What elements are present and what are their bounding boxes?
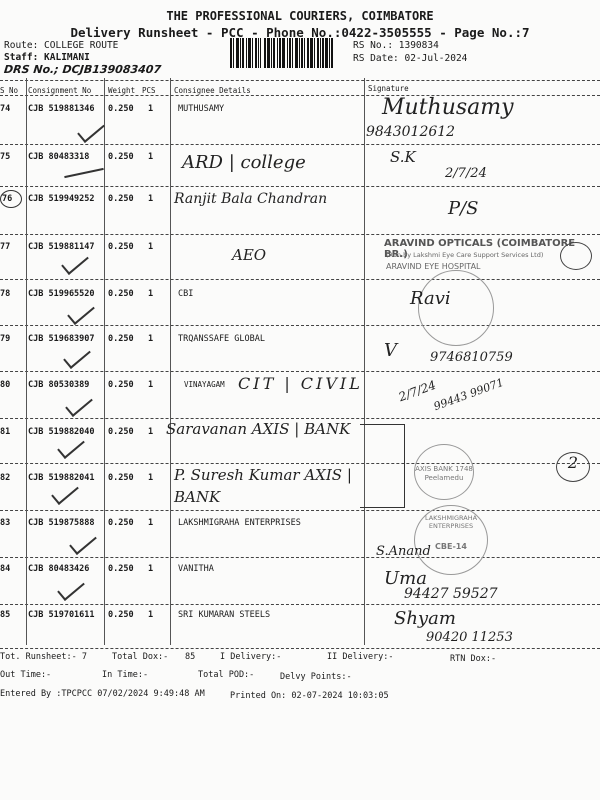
tot-runsheet: Tot. Runsheet:- 7 <box>0 652 87 662</box>
divider <box>0 234 600 235</box>
row-weight: 0.250 <box>108 473 134 483</box>
checkmark-icon <box>63 343 91 369</box>
column-header-sno: S No <box>0 86 18 95</box>
signature: V <box>384 340 397 361</box>
row-consignment: CJB 519882041 <box>28 473 95 483</box>
row-pcs: 1 <box>148 473 153 483</box>
row-sno: 81 <box>0 427 10 437</box>
ii-delivery: II Delivery:- <box>327 652 394 662</box>
staff-label: Staff: KALIMANI <box>4 52 90 63</box>
bracket-annotation <box>360 424 405 508</box>
row-consignee-handwritten: CIT | CIVIL <box>238 374 363 393</box>
column-header-pcs: PCS <box>142 86 156 95</box>
row-consignee-handwritten: Saravanan AXIS | BANK <box>166 418 366 440</box>
divider <box>0 557 600 558</box>
row-sno: 76 <box>2 194 12 204</box>
row-pcs: 1 <box>148 610 153 620</box>
row-weight: 0.250 <box>108 242 134 252</box>
checkmark-icon <box>65 391 93 417</box>
row-sno: 74 <box>0 104 10 114</box>
row-consignee: MUTHUSAMY <box>178 104 224 114</box>
column-header-consignee: Consignee Details <box>174 86 251 95</box>
row-consignment: CJB 519875888 <box>28 518 95 528</box>
row-sno: 84 <box>0 564 10 574</box>
column-divider <box>170 78 171 645</box>
company-title: THE PROFESSIONAL COURIERS, COIMBATORE <box>0 9 600 23</box>
row-consignee: TRQANSSAFE GLOBAL <box>178 334 265 344</box>
row-sno: 77 <box>0 242 10 252</box>
row-consignee: SRI KUMARAN STEELS <box>178 610 270 620</box>
row-weight: 0.250 <box>108 104 134 114</box>
checkmark-icon <box>57 575 85 601</box>
divider <box>0 80 600 81</box>
row-weight: 0.250 <box>108 334 134 344</box>
total-dox-label: Total Dox:- <box>112 652 168 662</box>
row-consignment: CJB 519683907 <box>28 334 95 344</box>
row-consignment: CJB 519882040 <box>28 427 95 437</box>
out-time: Out Time:- <box>0 670 51 680</box>
printed-on: Printed On: 02-07-2024 10:03:05 <box>230 691 389 701</box>
signature-date: 2/7/24 <box>445 166 487 181</box>
row-consignment: CJB 80530389 <box>28 380 89 390</box>
row-consignee: CBI <box>178 289 193 299</box>
row-pcs: 1 <box>148 380 153 390</box>
row-sno: 82 <box>0 473 10 483</box>
signature: S.Anand <box>376 544 431 559</box>
signature-phone: 99443 99071 <box>432 376 505 413</box>
row-pcs: 1 <box>148 289 153 299</box>
row-sno: 78 <box>0 289 10 299</box>
signature-phone: 94427 59527 <box>404 586 498 602</box>
row-pcs: 1 <box>148 518 153 528</box>
row-pcs: 1 <box>148 104 153 114</box>
row-weight: 0.250 <box>108 518 134 528</box>
in-time: In Time:- <box>102 670 148 680</box>
signature: Muthusamy <box>382 95 514 120</box>
row-sno: 79 <box>0 334 10 344</box>
total-dox-value: 85 <box>185 652 195 662</box>
row-consignment: CJB 519881147 <box>28 242 95 252</box>
rs-date: RS Date: 02-Jul-2024 <box>353 53 467 64</box>
divider <box>0 279 600 280</box>
divider <box>0 371 600 372</box>
column-divider <box>104 78 105 645</box>
row-consignment: CJB 80483426 <box>28 564 89 574</box>
row-consignment: CJB 80483318 <box>28 152 89 162</box>
total-pod: Total POD:- <box>198 670 254 680</box>
divider <box>0 648 600 649</box>
row-consignee-handwritten: P. Suresh Kumar AXIS | BANK <box>174 464 364 508</box>
route-label: Route: COLLEGE ROUTE <box>4 40 118 51</box>
row-consignee: VINAYAGAM <box>184 380 225 389</box>
barcode-image <box>230 38 347 68</box>
row-pcs: 1 <box>148 194 153 204</box>
signature-phone: 9746810759 <box>430 350 513 365</box>
divider <box>0 325 600 326</box>
row-sno: 80 <box>0 380 10 390</box>
column-header-consignment: Consignment No <box>28 86 91 95</box>
divider <box>0 144 600 145</box>
signature: S.K <box>390 148 416 166</box>
row-pcs: 1 <box>148 334 153 344</box>
row-sno: 85 <box>0 610 10 620</box>
row-weight: 0.250 <box>108 610 134 620</box>
column-header-signature: Signature <box>368 84 409 93</box>
rtn-dox: RTN Dox:- <box>450 654 496 664</box>
column-divider <box>364 78 365 645</box>
row-consignee-handwritten: AEO <box>232 246 266 264</box>
row-consignee: LAKSHMIGRAHA ENTERPRISES <box>178 518 301 528</box>
checkmark-icon <box>77 117 105 143</box>
row-consignment: CJB 519965520 <box>28 289 95 299</box>
i-delivery: I Delivery:- <box>220 652 281 662</box>
row-weight: 0.250 <box>108 427 134 437</box>
checkmark-icon <box>69 529 97 555</box>
row-pcs: 1 <box>148 564 153 574</box>
row-consignment: CJB 519949252 <box>28 194 95 204</box>
divider <box>0 510 600 511</box>
entered-by: Entered By :TPCPCC 07/02/2024 9:49:48 AM <box>0 689 205 699</box>
row-consignment: CJB 519881346 <box>28 104 95 114</box>
row-weight: 0.250 <box>108 564 134 574</box>
aravind-stamp-line3: ARAVIND EYE HOSPITAL <box>386 262 481 271</box>
drs-number: DRS No.; DCJB139083407 <box>3 63 161 76</box>
row-weight: 0.250 <box>108 289 134 299</box>
lakshmigraha-stamp: LAKSHMIGRAHA ENTERPRISES CBE-14 <box>414 505 488 575</box>
checkmark-icon <box>67 299 95 325</box>
row-consignment: CJB 519701611 <box>28 610 95 620</box>
row-sno: 75 <box>0 152 10 162</box>
row-weight: 0.250 <box>108 152 134 162</box>
stamp-text: LAKSHMIGRAHA ENTERPRISES <box>415 514 487 530</box>
row-consignee: VANITHA <box>178 564 214 574</box>
rs-number: RS No.: 1390834 <box>353 40 439 51</box>
row-consignee-handwritten: ARD | college <box>182 152 306 173</box>
signature-phone: 90420 11253 <box>426 630 513 645</box>
circle-annotation-icon <box>560 242 592 270</box>
checkmark-icon <box>61 249 89 275</box>
column-divider <box>26 78 27 645</box>
row-weight: 0.250 <box>108 380 134 390</box>
signature: Shyam <box>394 608 456 629</box>
signature-phone: 9843012612 <box>366 124 455 140</box>
circled-annotation: 2 <box>556 452 590 482</box>
divider <box>0 604 600 605</box>
row-sno: 83 <box>0 518 10 528</box>
row-pcs: 1 <box>148 427 153 437</box>
divider <box>0 186 600 187</box>
row-weight: 0.250 <box>108 194 134 204</box>
signature: P/S <box>448 198 479 219</box>
row-pcs: 1 <box>148 242 153 252</box>
row-pcs: 1 <box>148 152 153 162</box>
signature: Ravi <box>410 288 451 309</box>
aravind-stamp-line2: (Run by Lakshmi Eye Care Support Service… <box>386 251 543 259</box>
column-header-weight: Weight <box>108 86 135 95</box>
axis-bank-stamp: AXIS BANK 1748 Peelamedu <box>414 444 474 500</box>
checkmark-icon <box>64 168 104 178</box>
delvy-points: Delvy Points:- <box>280 672 352 682</box>
row-consignee-handwritten: Ranjit Bala Chandran <box>174 191 327 207</box>
